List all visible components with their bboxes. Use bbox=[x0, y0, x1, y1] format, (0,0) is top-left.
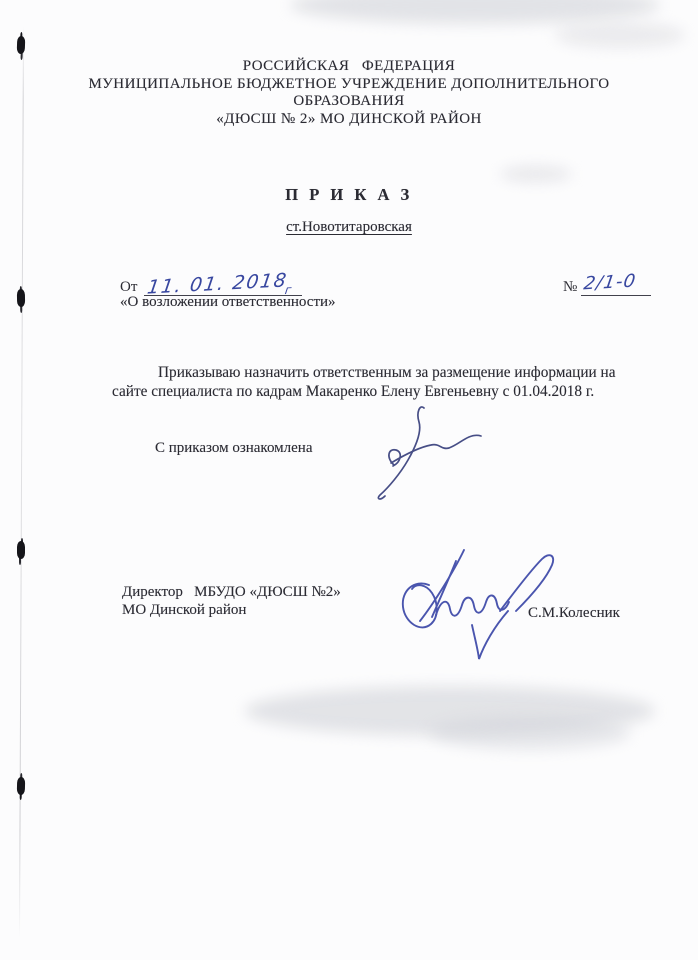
number-line: №2/1-0 bbox=[563, 270, 651, 296]
signature-stroke bbox=[432, 561, 456, 617]
letterhead: РОССИЙСКАЯ ФЕДЕРАЦИЯ МУНИЦИПАЛЬНОЕ БЮДЖЕ… bbox=[0, 58, 698, 128]
letterhead-line: МУНИЦИПАЛЬНОЕ БЮДЖЕТНОЕ УЧРЕЖДЕНИЕ ДОПОЛ… bbox=[0, 76, 698, 94]
date-underline: 11. 01. 2018г bbox=[144, 270, 302, 296]
signature-stroke bbox=[420, 550, 464, 621]
number-label: № bbox=[563, 279, 577, 295]
scan-smudge bbox=[290, 0, 660, 24]
scan-smudge bbox=[430, 716, 630, 750]
signature-stroke bbox=[378, 407, 424, 499]
acknowledgment-signature bbox=[358, 402, 483, 502]
letterhead-line: «ДЮСШ № 2» МО ДИНСКОЙ РАЙОН bbox=[0, 111, 698, 129]
order-body: Приказываю назначить ответственным за ра… bbox=[112, 364, 653, 401]
letterhead-line: ОБРАЗОВАНИЯ bbox=[0, 93, 698, 111]
binding-mark bbox=[17, 36, 26, 54]
scan-smudge bbox=[500, 166, 572, 182]
signature-stroke bbox=[436, 595, 509, 615]
subject-line: «О возложении ответственности» bbox=[120, 294, 336, 311]
binding-mark bbox=[17, 541, 25, 559]
signature-stroke bbox=[472, 611, 508, 659]
place-line: ст.Новотитаровская bbox=[0, 219, 698, 236]
signoff-role: Директор МБУДО «ДЮСШ №2» МО Динской райо… bbox=[122, 584, 341, 619]
signoff-role-line: Директор МБУДО «ДЮСШ №2» bbox=[122, 584, 341, 602]
document-title: П Р И К А З bbox=[0, 185, 698, 205]
binding-crease-line bbox=[19, 26, 24, 938]
date-line: От11. 01. 2018г bbox=[120, 270, 302, 296]
handwritten-number: 2/1-0 bbox=[583, 271, 638, 295]
letterhead-line: РОССИЙСКАЯ ФЕДЕРАЦИЯ bbox=[0, 58, 698, 76]
date-label: От bbox=[120, 279, 137, 295]
number-underline: 2/1-0 bbox=[581, 270, 651, 296]
signature-stroke bbox=[391, 435, 481, 463]
scanned-order-document: РОССИЙСКАЯ ФЕДЕРАЦИЯ МУНИЦИПАЛЬНОЕ БЮДЖЕ… bbox=[0, 0, 698, 960]
binding-mark bbox=[17, 777, 25, 795]
signer-name: С.М.Колесник bbox=[528, 605, 620, 622]
scan-smudge bbox=[555, 22, 685, 48]
acknowledgment-line: С приказом ознакомлена bbox=[155, 440, 313, 457]
order-body-line: Приказываю назначить ответственным за ра… bbox=[112, 364, 653, 383]
order-body-line: сайте специалиста по кадрам Макаренко Ел… bbox=[112, 383, 653, 402]
binding-mark bbox=[17, 289, 25, 307]
signoff-role-line: МО Динской район bbox=[122, 602, 341, 620]
scan-smudge bbox=[245, 686, 655, 736]
